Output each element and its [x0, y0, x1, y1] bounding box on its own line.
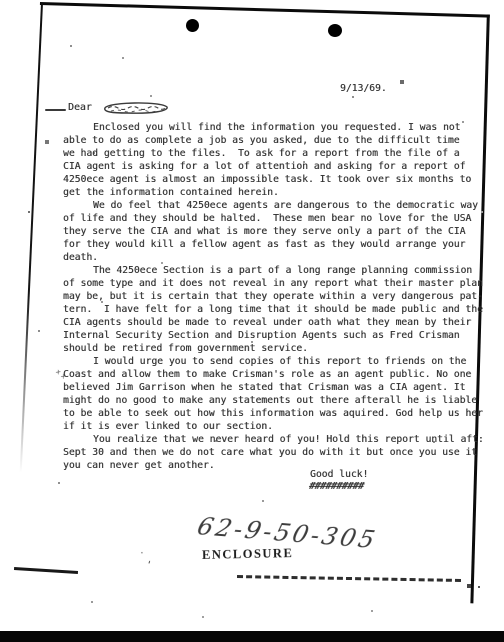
letter-line: for they would kill a fellow agent as fa… [63, 238, 495, 251]
letter-line: CIA agents should be made to reveal unde… [63, 316, 495, 329]
letter-line: they serve the CIA and what is more they… [63, 225, 495, 238]
scanned-letter-page: 9/13/69. Dear Enclosed you will find the… [0, 0, 504, 642]
letter-line: Coast and allow them to make Crisman's r… [63, 368, 495, 381]
letter-line: 4250ece agent is almost an impossible ta… [63, 173, 495, 186]
letter-line: We do feel that 4250ece agents are dange… [63, 199, 495, 212]
letter-line: should be retired from government servic… [63, 342, 495, 355]
salutation-row: Dear [0, 101, 504, 119]
punch-hole-icon [328, 24, 342, 37]
letter-line: might do no good to make any statements … [63, 394, 495, 407]
scan-noise-speckles [0, 0, 2, 2]
punch-hole-icon [186, 19, 199, 32]
letter-line: You realize that we never heard of you! … [63, 433, 495, 446]
margin-dash-mark [45, 109, 66, 111]
letter-line: CIA agent is asking for a lot of attenti… [63, 160, 495, 173]
letter-line: Sept 30 and then we do not care what you… [63, 446, 495, 459]
salutation-label: Dear [68, 102, 92, 113]
letter-line: of life and they should be halted. These… [63, 212, 495, 225]
letter-line: we had getting to the files. To ask for … [63, 147, 495, 160]
letter-date: 9/13/69. [340, 83, 387, 94]
letter-line: able to do as complete a job as you aske… [63, 134, 495, 147]
letter-line: you can never get another. [63, 459, 495, 472]
closing-line: Good luck! [310, 469, 368, 480]
letter-line: to be able to seek out how this informat… [63, 407, 495, 420]
letter-line: of some type and it does not reveal in a… [63, 277, 495, 290]
letter-line: The 4250ece Section is a part of a long … [63, 264, 495, 277]
enclosure-stamp: ENCLOSURE [202, 546, 294, 563]
letter-line: Internal Security Section and Disruption… [63, 329, 495, 342]
letter-line: may be, but it is certain that they oper… [63, 290, 495, 303]
letter-line: tern. I have felt for a long time that i… [63, 303, 495, 316]
redacted-signature: ########## [308, 481, 365, 492]
scan-edge-bar [0, 631, 504, 642]
letter-line: believed Jim Garrison when he stated tha… [63, 381, 495, 394]
letter-line: if it is ever linked to our section. [63, 420, 495, 433]
letter-line: death. [63, 251, 495, 264]
stray-ink-marks: ˙͵ [137, 550, 156, 565]
letter-line: get the information contained herein. [63, 186, 495, 199]
letter-line: I would urge you to send copies of this … [63, 355, 495, 368]
letter-line: Enclosed you will find the information y… [63, 121, 495, 134]
redaction-scribble-icon [99, 99, 173, 121]
letter-body: Enclosed you will find the information y… [63, 121, 495, 472]
